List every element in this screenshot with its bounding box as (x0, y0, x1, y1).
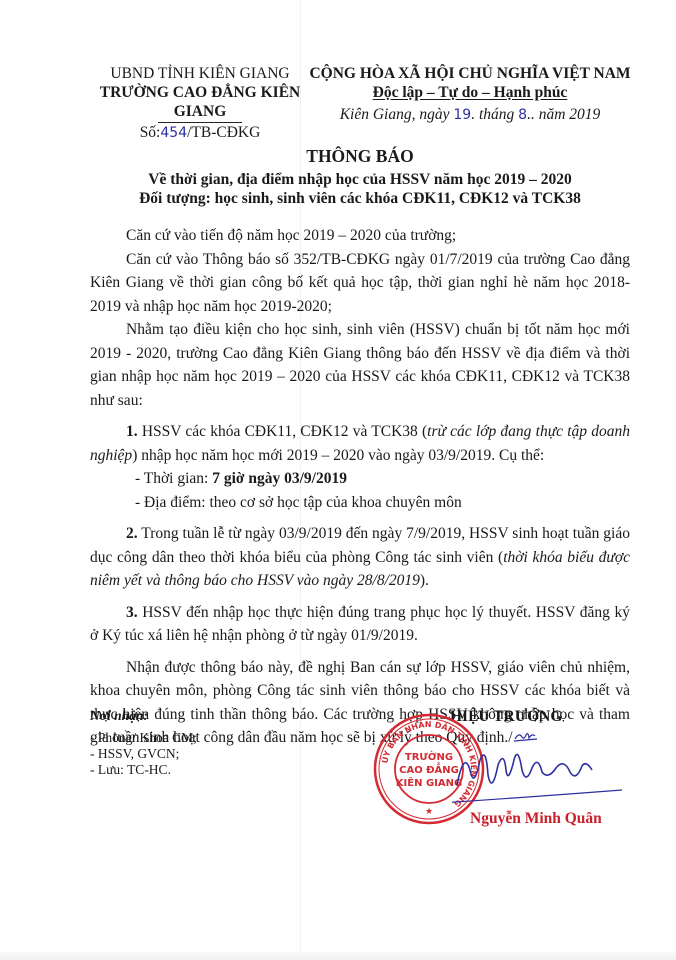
subtitle-audience: Đối tượng: học sinh, sinh viên các khóa … (90, 189, 630, 208)
item-3: 3. HSSV đến nhập học thực hiện đúng tran… (90, 601, 630, 648)
place-line: - Địa điểm: theo cơ sở học tập của khoa … (90, 491, 630, 515)
handwritten-signature-icon (452, 740, 622, 810)
place-date: Kiên Giang, ngày 19. tháng 8.. năm 2019 (305, 105, 635, 125)
item-text: HSSV đến nhập học thực hiện đúng trang p… (90, 604, 630, 645)
document-subtitle: Về thời gian, địa điểm nhập học của HSSV… (90, 170, 630, 208)
number-suffix: /TB-CĐKG (187, 124, 260, 141)
issuer-header: UBND TỈNH KIÊN GIANG TRƯỜNG CAO ĐẲNG KIÊ… (90, 64, 310, 143)
document-body: Căn cứ vào tiến độ năm học 2019 – 2020 c… (90, 224, 630, 750)
svg-text:★: ★ (425, 806, 433, 816)
national-header: CỘNG HÒA XÃ HỘI CHỦ NGHĨA VIỆT NAM Độc l… (305, 64, 635, 125)
stamp-line: CAO ĐẲNG (399, 761, 459, 776)
subtitle-topic: Về thời gian, địa điểm nhập học của HSSV… (90, 170, 630, 189)
date-place: Kiên Giang, ngày (340, 106, 450, 123)
authority-name: UBND TỈNH KIÊN GIANG (90, 64, 310, 83)
time-label: - Thời gian: (135, 470, 212, 487)
recipients-block: Nơi nhận: - Phòng/ Khoa CM; - HSSV, GVCN… (90, 708, 320, 778)
date-year: năm 2019 (539, 106, 601, 123)
document-page: UBND TỈNH KIÊN GIANG TRƯỜNG CAO ĐẲNG KIÊ… (0, 0, 676, 960)
paragraph-basis-2: Căn cứ vào Thông báo số 352/TB-CĐKG ngày… (90, 248, 630, 319)
item-text: ) nhập học năm học mới 2019 – 2020 vào n… (132, 447, 544, 464)
paragraph-purpose: Nhằm tạo điều kiện cho học sinh, sinh vi… (90, 318, 630, 412)
item-number: 2. (126, 525, 138, 542)
document-number: Số:454/TB-CĐKG (90, 123, 310, 143)
number-prefix: Số: (140, 124, 161, 141)
national-motto: Độc lập – Tự do – Hạnh phúc (305, 83, 635, 102)
signer-name: Nguyễn Minh Quân (470, 810, 602, 828)
date-day: 19 (453, 107, 471, 123)
time-value: 7 giờ ngày 03/9/2019 (212, 470, 347, 487)
item-text: HSSV các khóa CĐK11, CĐK12 và TCK38 ( (138, 423, 428, 440)
time-line: - Thời gian: 7 giờ ngày 03/9/2019 (90, 467, 630, 491)
recipients-label: Nơi nhận: (90, 708, 320, 724)
item-text: ). (420, 572, 429, 589)
paragraph-basis-1: Căn cứ vào tiến độ năm học 2019 – 2020 c… (90, 224, 630, 248)
item-number: 1. (126, 423, 138, 440)
recipient-item: - HSSV, GVCN; (90, 746, 320, 762)
school-name: TRƯỜNG CAO ĐẲNG KIÊN GIANG (90, 83, 310, 121)
item-number: 3. (126, 604, 138, 621)
date-month-label: tháng (479, 106, 514, 123)
date-month: 8 (518, 107, 527, 123)
stamp-line: TRƯỜNG (405, 750, 453, 763)
document-title: THÔNG BÁO (90, 146, 630, 167)
nation-name: CỘNG HÒA XÃ HỘI CHỦ NGHĨA VIỆT NAM (305, 64, 635, 83)
recipient-item: - Lưu: TC-HC. (90, 762, 320, 778)
page-bottom-edge (0, 952, 676, 960)
item-1: 1. HSSV các khóa CĐK11, CĐK12 và TCK38 (… (90, 420, 630, 467)
recipient-item: - Phòng/ Khoa CM; (90, 730, 320, 746)
item-2: 2. Trong tuần lễ từ ngày 03/9/2019 đến n… (90, 522, 630, 593)
handwritten-number: 454 (160, 125, 187, 141)
